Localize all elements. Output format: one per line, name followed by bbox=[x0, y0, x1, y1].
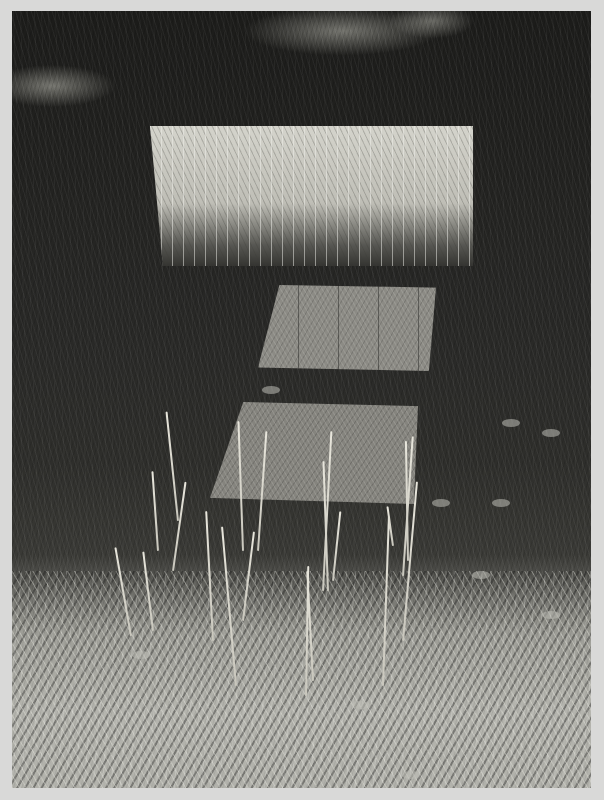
leaf bbox=[132, 651, 150, 659]
leaf bbox=[492, 499, 510, 507]
photograph bbox=[12, 11, 591, 788]
leaf bbox=[352, 701, 370, 709]
leaf bbox=[472, 571, 490, 579]
leaf bbox=[542, 611, 560, 619]
leaf bbox=[542, 429, 560, 437]
upright-mirror bbox=[150, 126, 473, 266]
leaf bbox=[402, 771, 420, 779]
middle-mirror bbox=[258, 285, 436, 371]
sunlit-foreground-grass bbox=[12, 571, 591, 788]
leaf bbox=[502, 419, 520, 427]
leaf bbox=[262, 386, 280, 394]
leaf bbox=[432, 499, 450, 507]
